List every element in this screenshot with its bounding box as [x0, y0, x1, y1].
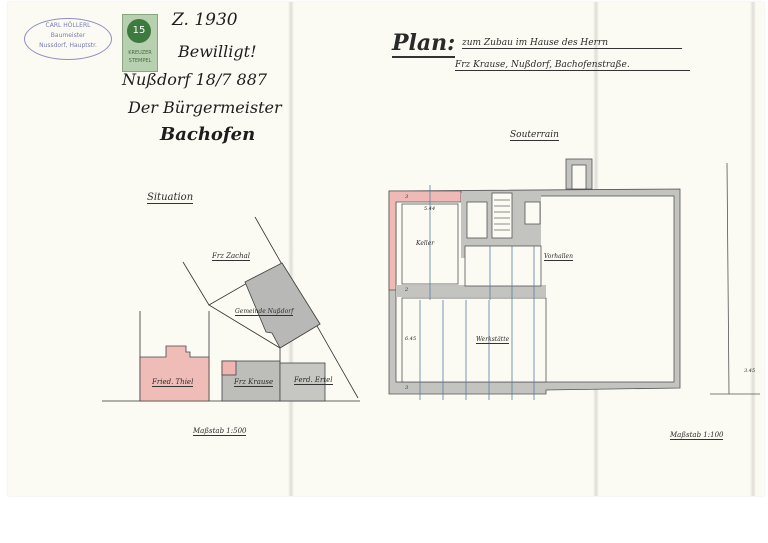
- situation-scale: Maßstab 1:500: [193, 427, 246, 436]
- floorplan-scale: Maßstab 1:100: [670, 431, 723, 440]
- dim-top-width: 5.44: [424, 206, 435, 212]
- dim-mid: 2: [405, 287, 408, 293]
- parcel-label-gemeinde: Gemeinde Nußdorf: [235, 308, 293, 316]
- dim-left: 6.45: [405, 336, 416, 342]
- drawing-layer: [0, 0, 768, 543]
- neighbor-boundary: [727, 163, 729, 394]
- parcel-label-ertel: Ferd. Ertel: [294, 376, 333, 385]
- room-label-vorhallen: Vorhallen: [544, 253, 573, 261]
- room-label-keller: Keller: [416, 240, 434, 247]
- situation-heading: Situation: [147, 192, 193, 204]
- parcel-label-krause: Frz Krause: [234, 378, 273, 387]
- room-label-werkstaette: Werkstätte: [476, 336, 509, 344]
- parcel-label-thiel: Fried. Thiel: [152, 378, 193, 387]
- floor-plan: [389, 159, 680, 394]
- dim-bottom: 3: [405, 385, 408, 391]
- situation-plan: [102, 217, 360, 401]
- dim-right: 3.45: [744, 368, 755, 374]
- dim-top: 3: [405, 194, 408, 200]
- floorplan-heading: Souterrain: [510, 130, 559, 141]
- parcel-label-north: Frz Zachal: [212, 252, 250, 261]
